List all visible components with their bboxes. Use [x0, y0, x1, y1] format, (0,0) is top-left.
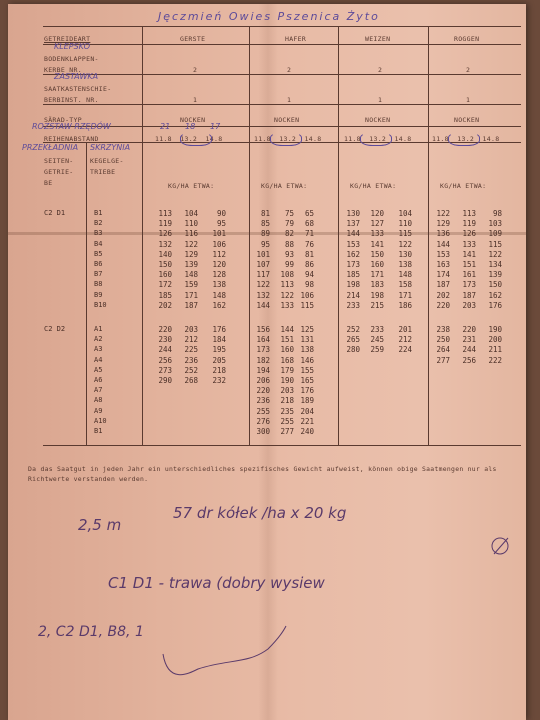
rate-value: 190: [478, 325, 502, 334]
rate-value: 255: [246, 407, 270, 416]
rate-value: 150: [148, 260, 172, 269]
rate-value: 98: [290, 280, 314, 289]
rate-value: 171: [388, 291, 412, 300]
handwritten-value: 21: [160, 122, 170, 131]
gear-label: A4: [94, 356, 102, 364]
rate-value: 103: [478, 219, 502, 228]
rate-value: 220: [148, 325, 172, 334]
rate-value: 215: [360, 301, 384, 310]
rate-value: 104: [388, 209, 412, 218]
unit-weizen: KG/HA ETWA:: [350, 182, 396, 190]
rate-value: 133: [360, 229, 384, 238]
gear-label: A8: [94, 396, 102, 404]
value-cell: 1: [466, 96, 470, 104]
rate-value: 129: [426, 219, 450, 228]
rate-value: 144: [246, 301, 270, 310]
rate-value: 231: [452, 335, 476, 344]
gear-label: A3: [94, 345, 102, 353]
value-cell: NOCKEN: [365, 116, 390, 124]
rate-value: 280: [336, 345, 360, 354]
rate-value: 130: [336, 209, 360, 218]
rate-value: 106: [290, 291, 314, 300]
rate-value: 98: [478, 209, 502, 218]
rate-value: 112: [202, 250, 226, 259]
rate-value: 173: [336, 260, 360, 269]
rate-value: 139: [478, 270, 502, 279]
gear-label: A10: [94, 417, 107, 425]
rate-value: 141: [452, 250, 476, 259]
rate-value: 122: [478, 250, 502, 259]
rate-value: 185: [148, 291, 172, 300]
rate-value: 276: [246, 417, 270, 426]
rate-value: 233: [360, 325, 384, 334]
rate-value: 109: [478, 229, 502, 238]
rate-value: 159: [174, 280, 198, 289]
rate-value: 211: [478, 345, 502, 354]
rate-value: 187: [452, 291, 476, 300]
footnote: Da das Saatgut in jeden Jahr ein untersc…: [28, 464, 518, 484]
rate-value: 160: [360, 260, 384, 269]
rate-value: 115: [290, 301, 314, 310]
value-cell: 2: [287, 66, 291, 74]
annotation-przekladnia: PRZEKŁADNIA: [22, 143, 78, 152]
rate-value: 125: [290, 325, 314, 334]
rate-value: 245: [360, 335, 384, 344]
handwritten-circle: [270, 132, 302, 146]
rate-value: 220: [246, 386, 270, 395]
rate-value: 163: [426, 260, 450, 269]
rate-value: 65: [290, 209, 314, 218]
rate-value: 81: [246, 209, 270, 218]
rate-value: 184: [202, 335, 226, 344]
rate-value: 214: [336, 291, 360, 300]
rate-value: 252: [174, 366, 198, 375]
rate-value: 161: [452, 270, 476, 279]
header-kegelgetriebe: KEGELGE- TRIEBE: [90, 156, 124, 178]
rate-value: 172: [148, 280, 172, 289]
gear-label: B2: [94, 219, 102, 227]
rate-value: 150: [360, 250, 384, 259]
header-hafer: HAFER: [285, 35, 306, 43]
rate-value: 110: [174, 219, 198, 228]
rate-value: 264: [426, 345, 450, 354]
row-divider: [43, 104, 521, 105]
handwritten-circle: [180, 132, 212, 146]
rate-value: 203: [174, 325, 198, 334]
rate-value: 122: [246, 280, 270, 289]
rate-value: 86: [290, 260, 314, 269]
rate-value: 148: [202, 291, 226, 300]
rate-value: 95: [246, 240, 270, 249]
rate-value: 233: [336, 301, 360, 310]
rate-value: 164: [246, 335, 270, 344]
rate-value: 85: [246, 219, 270, 228]
rate-value: 144: [426, 240, 450, 249]
rate-value: 120: [202, 260, 226, 269]
rate-value: 160: [148, 270, 172, 279]
rate-value: 183: [360, 280, 384, 289]
gear-label: A7: [94, 386, 102, 394]
value-cell: NOCKEN: [274, 116, 299, 124]
rate-value: 128: [202, 270, 226, 279]
gear-label: B10: [94, 301, 107, 309]
rate-value: 201: [388, 325, 412, 334]
rate-value: 268: [174, 376, 198, 385]
rate-value: 146: [290, 356, 314, 365]
rate-value: 195: [202, 345, 226, 354]
rate-value: 101: [246, 250, 270, 259]
rate-value: 122: [174, 240, 198, 249]
rate-value: 156: [246, 325, 270, 334]
gear-label: B1: [94, 209, 102, 217]
handwritten-value: 18: [185, 122, 195, 131]
table-border-bottom: [43, 445, 521, 446]
note-rate: 57 dr kółek /ha x 20 kg: [173, 504, 346, 522]
gear-label: A9: [94, 407, 102, 415]
rate-value: 212: [388, 335, 412, 344]
rate-value: 189: [290, 396, 314, 405]
value-cell: 2: [466, 66, 470, 74]
rate-value: 185: [336, 270, 360, 279]
rate-value: 151: [452, 260, 476, 269]
rate-value: 238: [426, 325, 450, 334]
rate-value: 132: [148, 240, 172, 249]
rate-value: 81: [290, 250, 314, 259]
annotation-klepsko: KLEPSKO: [54, 42, 90, 51]
note-grass: C1 D1 - trawa (dobry wysiew: [108, 574, 325, 592]
rate-value: 101: [202, 229, 226, 238]
rate-value: 277: [426, 356, 450, 365]
rate-value: 176: [290, 386, 314, 395]
handwritten-scribble: [158, 624, 298, 684]
handwritten-crop-names: Jęczmień Owies Pszenica Żyto: [158, 10, 380, 23]
gear-label: A5: [94, 366, 102, 374]
rate-value: 300: [246, 427, 270, 436]
rate-value: 174: [426, 270, 450, 279]
rate-value: 130: [388, 250, 412, 259]
rate-value: 76: [290, 240, 314, 249]
rate-value: 186: [388, 301, 412, 310]
rate-value: 236: [246, 396, 270, 405]
gear-label: B1: [94, 427, 102, 435]
rate-value: 244: [148, 345, 172, 354]
rate-value: 138: [202, 280, 226, 289]
handwritten-circle: [448, 132, 480, 146]
rate-value: 221: [290, 417, 314, 426]
rate-value: 265: [336, 335, 360, 344]
rate-value: 150: [478, 280, 502, 289]
rate-value: 165: [290, 376, 314, 385]
gear-label: B5: [94, 250, 102, 258]
rate-value: 94: [290, 270, 314, 279]
rate-value: 148: [174, 270, 198, 279]
header-gerste: GERSTE: [180, 35, 205, 43]
rate-value: 134: [478, 260, 502, 269]
rate-value: 120: [360, 209, 384, 218]
rate-value: 116: [174, 229, 198, 238]
rate-value: 256: [452, 356, 476, 365]
value-cell: 1: [193, 96, 197, 104]
rate-value: 144: [336, 229, 360, 238]
row-divider: [43, 74, 521, 75]
col-divider: [86, 142, 87, 446]
rate-value: 115: [388, 229, 412, 238]
rate-value: 95: [202, 219, 226, 228]
note-width: 2,5 m: [78, 516, 121, 534]
rate-value: 187: [426, 280, 450, 289]
rate-value: 153: [426, 250, 450, 259]
header-weizen: WEIZEN: [365, 35, 390, 43]
gear-label: B6: [94, 260, 102, 268]
gear-label: B4: [94, 240, 102, 248]
rate-value: 129: [174, 250, 198, 259]
unit-roggen: KG/HA ETWA:: [440, 182, 486, 190]
rate-value: 220: [426, 301, 450, 310]
unit-gerste: KG/HA ETWA:: [168, 182, 214, 190]
rate-value: 132: [246, 291, 270, 300]
rate-value: 171: [360, 270, 384, 279]
rate-value: 176: [478, 301, 502, 310]
rate-value: 158: [388, 280, 412, 289]
rate-value: 138: [290, 345, 314, 354]
rate-value: 232: [202, 376, 226, 385]
rate-value: 236: [174, 356, 198, 365]
rate-value: 119: [452, 219, 476, 228]
note-setting: 2, C2 D1, B8, 1: [38, 624, 144, 640]
rate-value: 173: [452, 280, 476, 289]
rate-value: 138: [388, 260, 412, 269]
gear-label: B9: [94, 291, 102, 299]
rate-value: 225: [174, 345, 198, 354]
annotation-zastawka: ZASTAWKA: [54, 72, 98, 81]
table-border-top: [43, 26, 521, 27]
rate-value: 131: [290, 335, 314, 344]
rate-value: 176: [202, 325, 226, 334]
unit-hafer: KG/HA ETWA:: [261, 182, 307, 190]
rate-value: 173: [246, 345, 270, 354]
rate-value: 222: [478, 356, 502, 365]
annotation-rozstaw: ROZSTAW RZĘDÓW: [32, 122, 111, 131]
rate-value: 212: [174, 335, 198, 344]
handwritten-circle: [360, 132, 392, 146]
rate-value: 202: [148, 301, 172, 310]
value-cell: 2: [193, 66, 197, 74]
rate-value: 127: [360, 219, 384, 228]
gear-label: B8: [94, 280, 102, 288]
rate-value: 182: [246, 356, 270, 365]
rate-value: 252: [336, 325, 360, 334]
rate-value: 113: [148, 209, 172, 218]
gear-label: B7: [94, 270, 102, 278]
gear-label: B3: [94, 229, 102, 237]
rate-value: 250: [426, 335, 450, 344]
paper-sheet: Jęczmień Owies Pszenica Żyto GETREIDEART…: [8, 4, 526, 720]
rate-value: 224: [388, 345, 412, 354]
rate-value: 126: [148, 229, 172, 238]
rate-value: 106: [202, 240, 226, 249]
rate-value: 162: [478, 291, 502, 300]
rate-value: 137: [336, 219, 360, 228]
rate-value: 162: [336, 250, 360, 259]
rate-value: 273: [148, 366, 172, 375]
value-cell: 1: [287, 96, 291, 104]
rate-value: 256: [148, 356, 172, 365]
rate-value: 230: [148, 335, 172, 344]
value-cell: 2: [378, 66, 382, 74]
rate-value: 119: [148, 219, 172, 228]
rate-value: 218: [202, 366, 226, 375]
rate-value: 110: [388, 219, 412, 228]
handwritten-mark: [488, 534, 514, 560]
rate-value: 171: [174, 291, 198, 300]
rate-value: 240: [290, 427, 314, 436]
group-label-c2-d1: C2 D1: [44, 209, 65, 217]
rate-value: 202: [426, 291, 450, 300]
rate-value: 141: [360, 240, 384, 249]
row-divider: [43, 126, 521, 127]
rate-value: 198: [360, 291, 384, 300]
rate-value: 122: [426, 209, 450, 218]
annotation-skrzynia: SKRZYNIA: [90, 143, 130, 152]
rate-value: 140: [148, 250, 172, 259]
rate-value: 204: [290, 407, 314, 416]
gear-label: A2: [94, 335, 102, 343]
header-roggen: ROGGEN: [454, 35, 479, 43]
rate-value: 203: [452, 301, 476, 310]
group-label-c2-d2: C2 D2: [44, 325, 65, 333]
rate-value: 259: [360, 345, 384, 354]
rate-value: 200: [478, 335, 502, 344]
rate-value: 89: [246, 229, 270, 238]
rate-value: 244: [452, 345, 476, 354]
rate-value: 148: [388, 270, 412, 279]
rate-value: 220: [452, 325, 476, 334]
rate-value: 117: [246, 270, 270, 279]
row-divider: [43, 44, 521, 45]
rate-value: 198: [336, 280, 360, 289]
value-cell: NOCKEN: [454, 116, 479, 124]
rate-value: 205: [202, 356, 226, 365]
label-saatkasten: SAATKASTENSCHIE- BERBINST. NR.: [44, 84, 111, 106]
rate-value: 104: [174, 209, 198, 218]
value-cell: 1: [378, 96, 382, 104]
header-seitengetriebe: SEITEN- GETRIE- BE: [44, 156, 74, 189]
col-divider: [142, 26, 143, 446]
rate-value: 71: [290, 229, 314, 238]
rate-value: 122: [388, 240, 412, 249]
rate-value: 68: [290, 219, 314, 228]
rate-value: 90: [202, 209, 226, 218]
rate-value: 153: [336, 240, 360, 249]
rate-value: 139: [174, 260, 198, 269]
gear-label: A6: [94, 376, 102, 384]
rate-value: 113: [452, 209, 476, 218]
rate-value: 187: [174, 301, 198, 310]
rate-value: 115: [478, 240, 502, 249]
rate-value: 155: [290, 366, 314, 375]
label-reihenabstand: REIHENABSTAND: [44, 135, 99, 143]
rate-value: 194: [246, 366, 270, 375]
rate-value: 290: [148, 376, 172, 385]
rate-value: 107: [246, 260, 270, 269]
rate-value: 162: [202, 301, 226, 310]
rate-value: 206: [246, 376, 270, 385]
handwritten-value: 17: [210, 122, 220, 131]
gear-label: A1: [94, 325, 102, 333]
rate-value: 133: [452, 240, 476, 249]
rate-value: 136: [426, 229, 450, 238]
rate-value: 126: [452, 229, 476, 238]
